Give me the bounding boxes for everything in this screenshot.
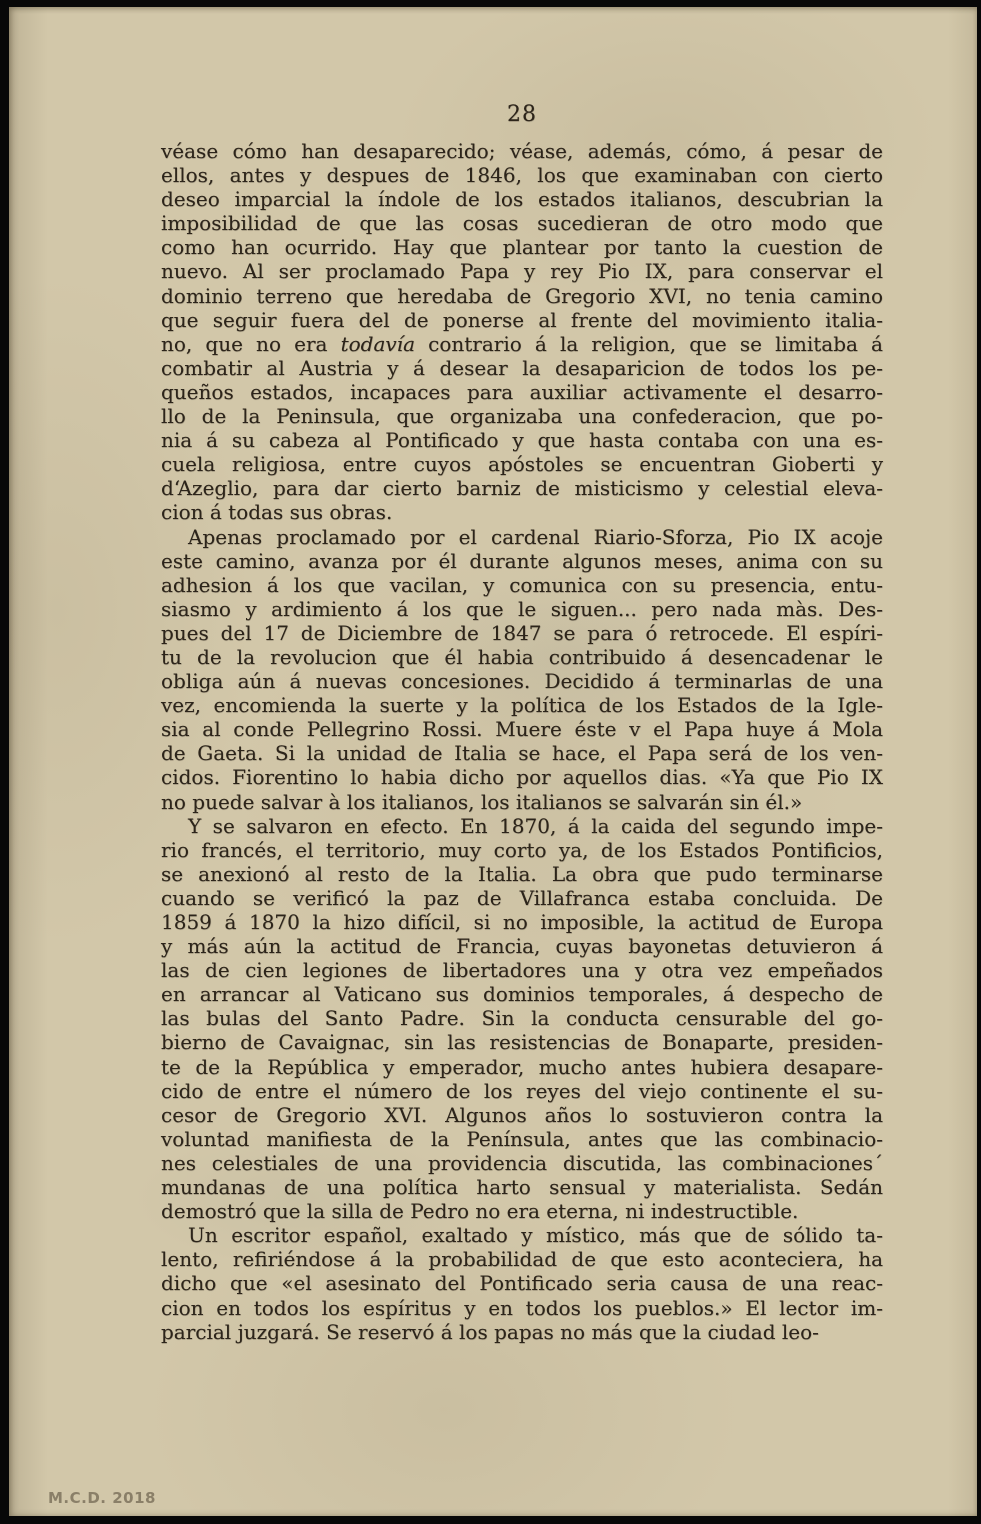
text-line: demostró que la silla de Pedro no era et… <box>161 1199 883 1223</box>
paragraph: véase cómo han desaparecido; véase, adem… <box>161 139 883 525</box>
paragraph: Y se salvaron en efecto. En 1870, á la c… <box>161 814 883 1224</box>
text-line: voluntad manifiesta de la Península, ant… <box>161 1127 883 1151</box>
text-line: no, que no era todavía contrario á la re… <box>161 332 883 356</box>
text-line: dicho que «el asesinato del Pontificado … <box>161 1271 883 1295</box>
page-number: 28 <box>161 102 883 127</box>
text-line: Un escritor español, exaltado y místico,… <box>161 1223 883 1247</box>
text-line: nuevo. Al ser proclamado Papa y rey Pio … <box>161 259 883 283</box>
text-line: imposibilidad de que las cosas sucediera… <box>161 211 883 235</box>
text-line: cion á todas sus obras. <box>161 500 883 524</box>
text-line: mundanas de una política harto sensual y… <box>161 1175 883 1199</box>
text-line: cidos. Fiorentino lo habia dicho por aqu… <box>161 765 883 789</box>
text-line: como han ocurrido. Hay que plantear por … <box>161 235 883 259</box>
text-line: 1859 á 1870 la hizo difícil, si no impos… <box>161 910 883 934</box>
text-line: no puede salvar à los italianos, los ita… <box>161 790 883 814</box>
text-line: cido de entre el número de los reyes del… <box>161 1079 883 1103</box>
page-content: 28 véase cómo han desaparecido; véase, a… <box>161 7 883 1344</box>
text-line: vez, encomienda la suerte y la política … <box>161 693 883 717</box>
text-line: Y se salvaron en efecto. En 1870, á la c… <box>161 814 883 838</box>
text-line: las de cien legiones de libertadores una… <box>161 958 883 982</box>
text-line: este camino, avanza por él durante algun… <box>161 549 883 573</box>
text-line: d‘Azeglio, para dar cierto barniz de mis… <box>161 476 883 500</box>
paragraph: Un escritor español, exaltado y místico,… <box>161 1223 883 1343</box>
text-line: pues del 17 de Diciembre de 1847 se para… <box>161 621 883 645</box>
book-page: 28 véase cómo han desaparecido; véase, a… <box>9 7 977 1516</box>
text-line: bierno de Cavaignac, sin las resistencia… <box>161 1030 883 1054</box>
text-line: parcial juzgará. Se reservó á los papas … <box>161 1320 883 1344</box>
text-line: tu de la revolucion que él habia contrib… <box>161 645 883 669</box>
text-line: Apenas proclamado por el cardenal Riario… <box>161 525 883 549</box>
text-line: de Gaeta. Si la unidad de Italia se hace… <box>161 741 883 765</box>
text-line: dominio terreno que heredaba de Gregorio… <box>161 284 883 308</box>
text-line: adhesion á los que vacilan, y comunica c… <box>161 573 883 597</box>
text-line: rio francés, el territorio, muy corto ya… <box>161 838 883 862</box>
text-line: llo de la Peninsula, que organizaba una … <box>161 404 883 428</box>
paragraph: Apenas proclamado por el cardenal Riario… <box>161 525 883 814</box>
text-line: cesor de Gregorio XVI. Algunos años lo s… <box>161 1103 883 1127</box>
watermark: M.C.D. 2018 <box>48 1489 156 1507</box>
text-line: te de la República y emperador, mucho an… <box>161 1055 883 1079</box>
text-line: cuando se verificó la paz de Villafranca… <box>161 886 883 910</box>
text-line: obliga aún á nuevas concesiones. Decidid… <box>161 669 883 693</box>
text-line: véase cómo han desaparecido; véase, adem… <box>161 139 883 163</box>
text-line: nes celestiales de una providencia discu… <box>161 1151 883 1175</box>
page-text: véase cómo han desaparecido; véase, adem… <box>161 139 883 1344</box>
text-line: las bulas del Santo Padre. Sin la conduc… <box>161 1006 883 1030</box>
text-line: ellos, antes y despues de 1846, los que … <box>161 163 883 187</box>
text-line: en arrancar al Vaticano sus dominios tem… <box>161 982 883 1006</box>
text-line: siasmo y ardimiento á los que le siguen.… <box>161 597 883 621</box>
text-line: que seguir fuera del de ponerse al frent… <box>161 308 883 332</box>
text-line: se anexionó al resto de la Italia. La ob… <box>161 862 883 886</box>
text-line: cuela religiosa, entre cuyos apóstoles s… <box>161 452 883 476</box>
text-line: y más aún la actitud de Francia, cuyas b… <box>161 934 883 958</box>
text-line: lento, refiriéndose á la probabilidad de… <box>161 1247 883 1271</box>
text-line: cion en todos los espíritus y en todos l… <box>161 1296 883 1320</box>
text-line: deseo imparcial la índole de los estados… <box>161 187 883 211</box>
text-line: nia á su cabeza al Pontificado y que has… <box>161 428 883 452</box>
text-line: combatir al Austria y á desear la desapa… <box>161 356 883 380</box>
text-line: queños estados, incapaces para auxiliar … <box>161 380 883 404</box>
text-line: sia al conde Pellegrino Rossi. Muere ést… <box>161 717 883 741</box>
